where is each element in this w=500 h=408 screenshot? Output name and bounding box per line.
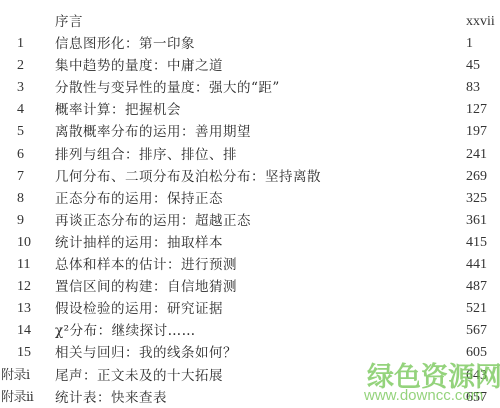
chapter-title: 概率计算：把握机会 [55,99,181,121]
chapter-title: 统计抽样的运用：抽取样本 [55,232,223,254]
chapter-title: 排列与组合：排序、排位、排 [55,144,237,166]
chapter-title: 集中趋势的量度：中庸之道 [55,55,223,77]
toc-row[interactable]: 7 几何分布、二项分布及泊松分布：坚持离散 269 [0,166,500,188]
toc-row[interactable]: 2 集中趋势的量度：中庸之道 45 [0,55,500,77]
toc-row[interactable]: 12 置信区间的构建：自信地猜测 487 [0,276,500,298]
toc-row[interactable]: 4 概率计算：把握机会 127 [0,99,500,121]
toc-row[interactable]: 13 假设检验的运用：研究证据 521 [0,298,500,320]
toc-row[interactable]: 11 总体和样本的估计：进行预测 441 [0,254,500,276]
page-number: 83 [466,77,480,99]
chapter-number: 2 [17,55,24,77]
page-number: 241 [466,144,487,166]
chapter-number: 1 [17,33,24,55]
chapter-title: 分散性与变异性的量度：强大的“距” [55,77,280,99]
toc-row-preface[interactable]: 序言 xxvii [0,11,500,33]
page-number: 1 [466,33,473,55]
appendix-number: 附录ii [1,387,33,408]
toc-row[interactable]: 8 正态分布的运用：保持正态 325 [0,188,500,210]
chapter-number: 8 [17,188,24,210]
chapter-title: 置信区间的构建：自信地猜测 [55,276,237,298]
chapter-title: 序言 [55,11,83,33]
chapter-title: 总体和样本的估计：进行预测 [55,254,237,276]
toc-row[interactable]: 1 信息图形化：第一印象 1 [0,33,500,55]
page-number: 45 [466,55,480,77]
chapter-number: 13 [17,298,31,320]
chapter-title: 假设检验的运用：研究证据 [55,298,223,320]
chapter-number: 11 [17,254,30,276]
chapter-title: 再谈正态分布的运用：超越正态 [55,210,251,232]
appendix-number: 附录i [1,365,30,387]
table-of-contents: 序言 xxvii 1 信息图形化：第一印象 1 2 集中趋势的量度：中庸之道 4… [0,11,500,408]
chapter-title: χ²分布：继续探讨…… [55,320,196,342]
toc-row-appendix-ii[interactable]: 附录ii 统计表：快来查表 657 [0,387,500,408]
page-number: xxvii [466,11,495,33]
chapter-number: 5 [17,121,24,143]
page-number: 441 [466,254,487,276]
toc-row[interactable]: 6 排列与组合：排序、排位、排 241 [0,144,500,166]
toc-row[interactable]: 10 统计抽样的运用：抽取样本 415 [0,232,500,254]
chapter-title: 信息图形化：第一印象 [55,33,195,55]
toc-row[interactable]: 5 离散概率分布的运用：善用期望 197 [0,121,500,143]
page-number: 127 [466,99,487,121]
page-number: 269 [466,166,487,188]
toc-row[interactable]: 14 χ²分布：继续探讨…… 567 [0,320,500,342]
chapter-title: 统计表：快来查表 [55,387,167,408]
page-number: 415 [466,232,487,254]
chapter-number: 7 [17,166,24,188]
toc-row-appendix-i[interactable]: 附录i 尾声：正文未及的十大拓展 643 [0,365,500,387]
chapter-number: 3 [17,77,24,99]
page-number: 521 [466,298,487,320]
page-number: 567 [466,320,487,342]
page-number: 643 [466,365,487,387]
page-number: 487 [466,276,487,298]
chapter-title: 离散概率分布的运用：善用期望 [55,121,251,143]
chapter-number: 6 [17,144,24,166]
chapter-number: 14 [17,320,31,342]
page-number: 197 [466,121,487,143]
chapter-number: 10 [17,232,31,254]
toc-row[interactable]: 9 再谈正态分布的运用：超越正态 361 [0,210,500,232]
chapter-title: 几何分布、二项分布及泊松分布：坚持离散 [55,166,321,188]
toc-row[interactable]: 3 分散性与变异性的量度：强大的“距” 83 [0,77,500,99]
page-number: 605 [466,342,487,364]
chapter-number: 4 [17,99,24,121]
toc-row[interactable]: 15 相关与回归：我的线条如何？ 605 [0,342,500,364]
page-number: 361 [466,210,487,232]
chapter-number: 9 [17,210,24,232]
chapter-title: 尾声：正文未及的十大拓展 [55,365,223,387]
chapter-number: 15 [17,342,31,364]
page-number: 325 [466,188,487,210]
chapter-number: 12 [17,276,31,298]
chapter-title: 相关与回归：我的线条如何？ [55,342,237,364]
page-number: 657 [466,387,487,408]
chapter-title: 正态分布的运用：保持正态 [55,188,223,210]
